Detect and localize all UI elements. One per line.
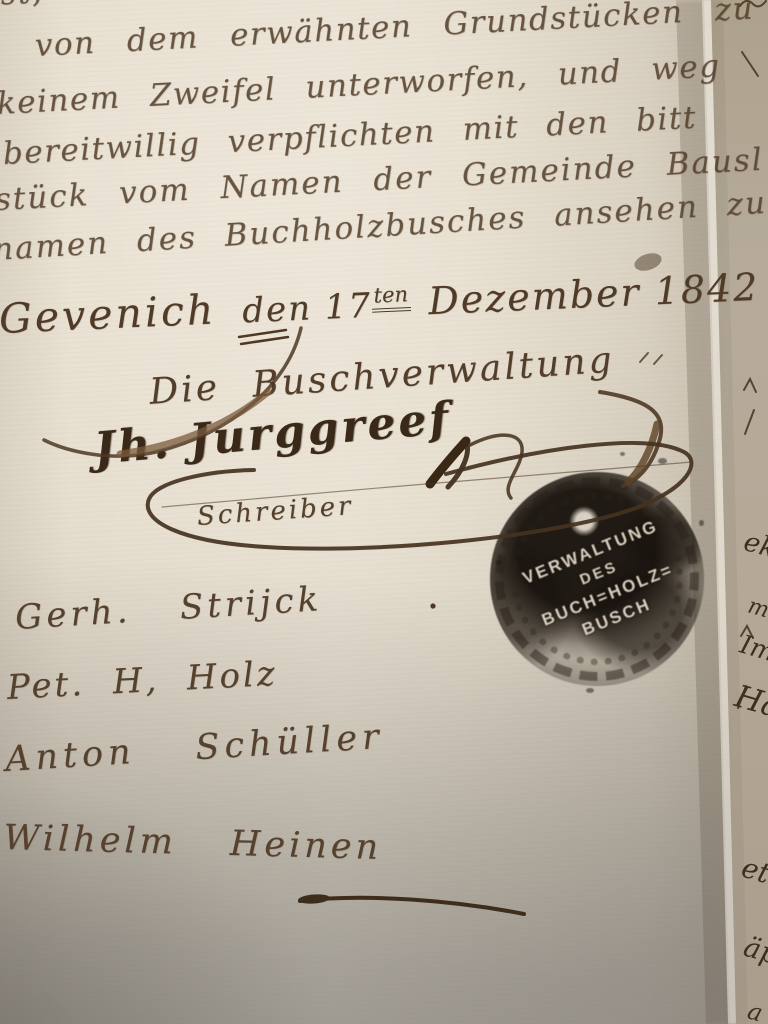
document-photo: ek m Im Ha et äp a ist, die bisher von d… (0, 0, 768, 1024)
ink-flourishes (0, 0, 768, 1024)
